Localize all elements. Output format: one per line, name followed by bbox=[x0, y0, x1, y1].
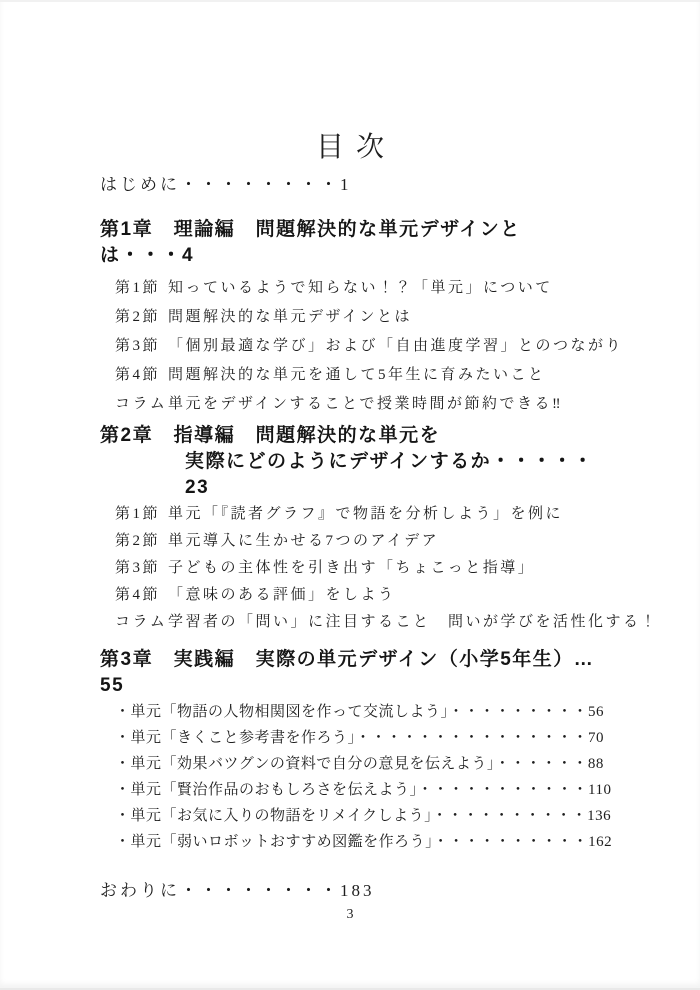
section-row: 第2節 問題解決的な単元デザインとは bbox=[100, 303, 600, 332]
unit-item: ・単元「きくこと参考書を作ろう」・・・・・・・・・・・・・・・70 bbox=[100, 725, 600, 751]
section-label: 第2節 bbox=[115, 528, 168, 555]
chapter-3-units: ・単元「物語の人物相関図を作って交流しよう」・・・・・・・・・56 ・単元「きく… bbox=[100, 699, 600, 855]
section-row: 第3節 「個別最適な学び」および「自由進度学習」とのつながり bbox=[100, 332, 600, 361]
toc-entry-outro: おわりに・・・・・・・・183 bbox=[100, 879, 600, 903]
section-title: 子どもの主体性を引き出す「ちょこっと指導」 bbox=[168, 555, 600, 582]
toc-entry-intro: はじめに・・・・・・・・1 bbox=[100, 173, 600, 197]
chapter-2-heading: 第2章 指導編 問題解決的な単元を 実際にどのようにデザインするか・・・・・23 bbox=[100, 423, 600, 501]
section-row: 第2節 単元導入に生かせる7つのアイデア bbox=[100, 528, 600, 555]
section-title: 問題解決的な単元デザインとは bbox=[168, 303, 600, 332]
section-label: 第3節 bbox=[115, 555, 168, 582]
chapter-3-heading: 第3章 実践編 実際の単元デザイン（小学5年生）…55 bbox=[100, 647, 600, 699]
section-title: 単元「『読者グラフ』で物語を分析しよう」を例に bbox=[168, 501, 600, 528]
chapter-2: 第2章 指導編 問題解決的な単元を 実際にどのようにデザインするか・・・・・23… bbox=[100, 423, 600, 636]
unit-item: ・単元「弱いロボットおすすめ図鑑を作ろう」・・・・・・・・・・162 bbox=[100, 829, 600, 855]
column-label: コラム bbox=[115, 609, 168, 636]
section-label: 第4節 bbox=[115, 361, 168, 390]
column-title: 単元をデザインすることで授業時間が節約できる‼ bbox=[168, 390, 600, 419]
section-row: 第1節 知っているようで知らない！？「単元」について bbox=[100, 274, 600, 303]
section-label: 第4節 bbox=[115, 582, 168, 609]
section-row: 第1節 単元「『読者グラフ』で物語を分析しよう」を例に bbox=[100, 501, 600, 528]
unit-item: ・単元「お気に入りの物語をリメイクしよう」・・・・・・・・・・136 bbox=[100, 803, 600, 829]
section-title: 問題解決的な単元を通して5年生に育みたいこと bbox=[168, 361, 600, 390]
section-row: 第3節 子どもの主体性を引き出す「ちょこっと指導」 bbox=[100, 555, 600, 582]
section-label: 第1節 bbox=[115, 274, 168, 303]
unit-item: ・単元「効果バツグンの資料で自分の意見を伝えよう」・・・・・・88 bbox=[100, 751, 600, 777]
column-title: 学習者の「問い」に注目すること 問いが学びを活性化する！ bbox=[168, 609, 658, 636]
section-label: 第3節 bbox=[115, 332, 168, 361]
chapter-1: 第1章 理論編 問題解決的な単元デザインとは・・・4 第1節 知っているようで知… bbox=[100, 217, 600, 419]
chapter-2-heading-line2: 実際にどのようにデザインするか・・・・・23 bbox=[100, 449, 600, 501]
column-row: コラム 単元をデザインすることで授業時間が節約できる‼ bbox=[100, 390, 600, 419]
column-row: コラム 学習者の「問い」に注目すること 問いが学びを活性化する！ bbox=[100, 609, 600, 636]
section-label: 第1節 bbox=[115, 501, 168, 528]
section-row: 第4節 問題解決的な単元を通して5年生に育みたいこと bbox=[100, 361, 600, 390]
section-title: 「意味のある評価」をしよう bbox=[168, 582, 600, 609]
column-label: コラム bbox=[115, 390, 168, 419]
section-row: 第4節 「意味のある評価」をしよう bbox=[100, 582, 600, 609]
chapter-2-heading-line1: 第2章 指導編 問題解決的な単元を bbox=[100, 423, 600, 449]
section-title: 知っているようで知らない！？「単元」について bbox=[168, 274, 600, 303]
section-title: 「個別最適な学び」および「自由進度学習」とのつながり bbox=[168, 332, 623, 361]
chapter-2-sections: 第1節 単元「『読者グラフ』で物語を分析しよう」を例に 第2節 単元導入に生かせ… bbox=[100, 501, 600, 636]
unit-item: ・単元「賢治作品のおもしろさを伝えよう」・・・・・・・・・・・110 bbox=[100, 777, 600, 803]
chapter-1-heading: 第1章 理論編 問題解決的な単元デザインとは・・・4 bbox=[100, 217, 600, 269]
section-title: 単元導入に生かせる7つのアイデア bbox=[168, 528, 600, 555]
page-title: 目次 bbox=[100, 131, 600, 165]
toc-page: 目次 はじめに・・・・・・・・1 第1章 理論編 問題解決的な単元デザインとは・… bbox=[0, 0, 700, 990]
chapter-1-sections: 第1節 知っているようで知らない！？「単元」について 第2節 問題解決的な単元デ… bbox=[100, 274, 600, 419]
section-label: 第2節 bbox=[115, 303, 168, 332]
page-number: 3 bbox=[0, 903, 700, 927]
unit-item: ・単元「物語の人物相関図を作って交流しよう」・・・・・・・・・56 bbox=[100, 699, 600, 725]
chapter-3: 第3章 実践編 実際の単元デザイン（小学5年生）…55 ・単元「物語の人物相関図… bbox=[100, 647, 600, 855]
